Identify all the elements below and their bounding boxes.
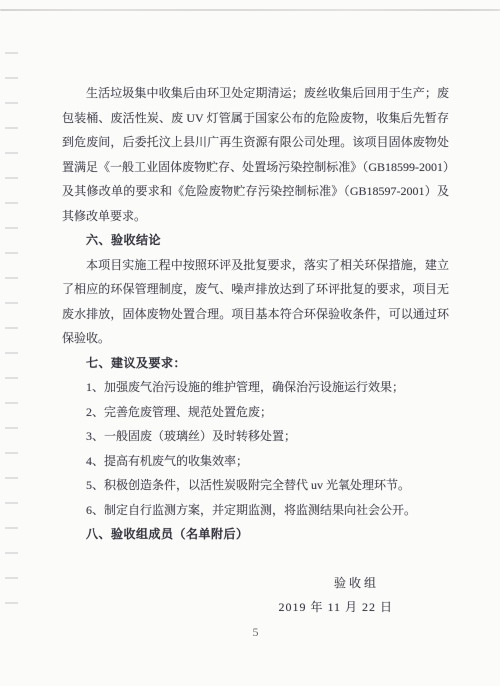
suggestion-item-6: 6、制定自行监测方案，并定期监测，将监测结果向社会公开。: [62, 498, 449, 523]
paragraph-acceptance-conclusion: 本项目实施工程中按照环评及批复要求，落实了相关环保措施，建立了相应的环保管理制度…: [62, 253, 449, 351]
scanned-document-page: 生活垃圾集中收集后由环卫处定期清运；废丝收集后回用于生产；废包装桶、废活性炭、废…: [0, 0, 500, 686]
heading-section-6-conclusion: 六、验收结论: [62, 228, 449, 253]
suggestion-item-5: 5、积极创造条件，以活性炭吸附完全替代 uv 光氧处理环节。: [62, 473, 449, 498]
suggestion-item-1: 1、加强废气治污设施的维护管理，确保治污设施运行效果；: [62, 375, 449, 400]
signature-date: 2019 年 11 月 22 日: [62, 595, 449, 620]
heading-section-8-members: 八、验收组成员（名单附后）: [62, 522, 449, 547]
suggestion-item-4: 4、提高有机废气的收集效率；: [62, 449, 449, 474]
binding-marks: [5, 52, 18, 624]
suggestion-item-2: 2、完善危废管理、规范处置危废；: [62, 400, 449, 425]
page-number: 5: [62, 620, 449, 645]
paragraph-solid-waste-disposal: 生活垃圾集中收集后由环卫处定期清运；废丝收集后回用于生产；废包装桶、废活性炭、废…: [62, 81, 449, 228]
scan-page-edge-line: [0, 9, 500, 11]
signature-acceptance-group: 验收组: [62, 571, 449, 596]
document-content: 生活垃圾集中收集后由环卫处定期清运；废丝收集后回用于生产；废包装桶、废活性炭、废…: [62, 81, 449, 644]
signature-block: 验收组 2019 年 11 月 22 日: [62, 571, 449, 620]
heading-section-7-suggestions: 七、建议及要求：: [62, 351, 449, 376]
suggestion-item-3: 3、一般固废（玻璃丝）及时转移处置；: [62, 424, 449, 449]
